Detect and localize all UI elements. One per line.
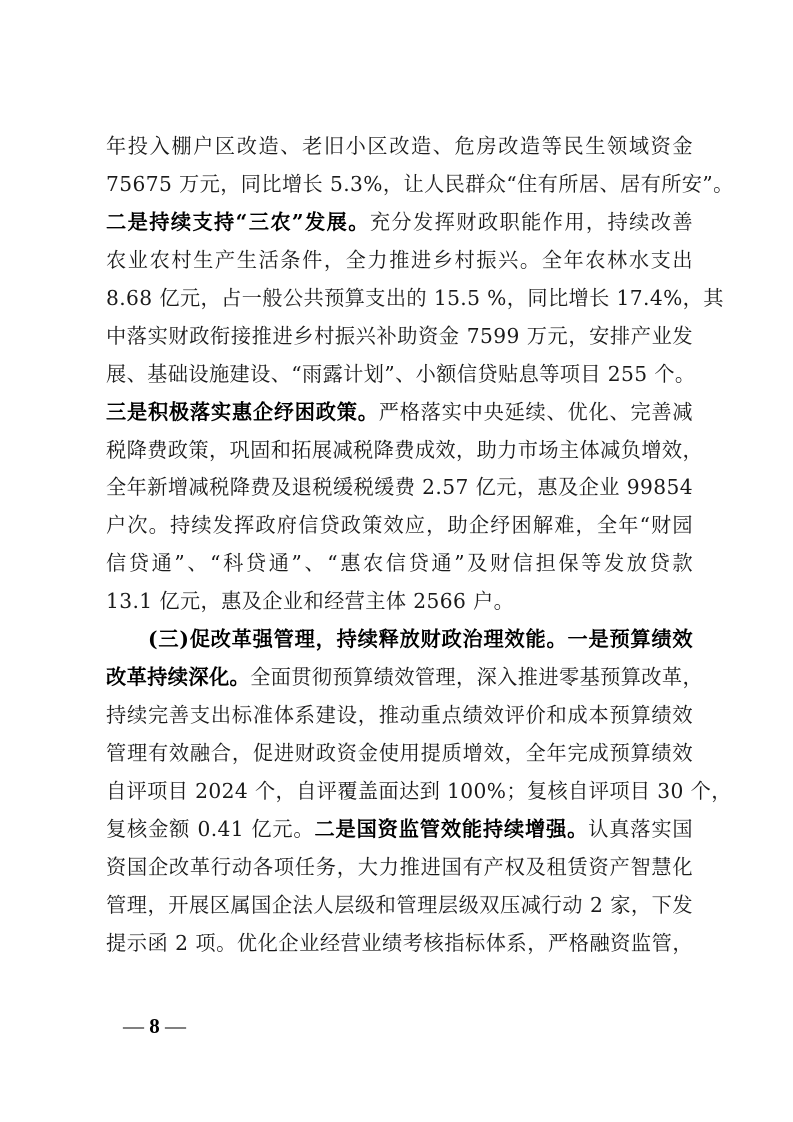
text-line: 税降费政策，巩固和拓展减税降费成效，助力市场主体减负增效，: [106, 432, 693, 470]
text-run: 认真落实国: [588, 817, 693, 841]
text-run: 13.1 亿元，惠及企业和经营主体 2566 户。: [106, 589, 514, 613]
text-run: 持续完善支出标准体系建设，推动重点绩效评价和成本预算绩效: [106, 703, 693, 727]
text-line: 8.68 亿元，占一般公共预算支出的 15.5 %，同比增长 17.4%，其: [106, 280, 693, 318]
text-run: 提示函 2 项。优化企业经营业绩考核指标体系，严格融资监管，: [106, 931, 693, 955]
page-number-footer: — 8 —: [123, 1014, 186, 1039]
document-body: 年投入棚户区改造、老旧小区改造、危房改造等民生领域资金 75675 万元，同比增…: [106, 128, 693, 963]
text-run: 严格落实中央延续、优化、完善减: [379, 400, 693, 424]
text-line: (三)促改革强管理，持续释放财政治理效能。一是预算绩效: [106, 621, 693, 659]
text-run: 充分发挥财政职能作用，持续改善: [370, 210, 693, 234]
section-heading-run: 改革持续深化。: [106, 665, 250, 689]
text-line: 信贷通”、“科贷通”、“惠农信贷通”及财信担保等发放贷款: [106, 545, 693, 583]
text-run: 资国企改革行动各项任务，大力推进国有产权及租赁资产智慧化: [106, 855, 693, 879]
section-heading-run: 三是积极落实惠企纾困政策。: [106, 400, 379, 424]
text-line: 中落实财政衔接推进乡村振兴补助资金 7599 万元，安排产业发: [106, 318, 693, 356]
section-heading-run: 二是国资监管效能持续增强。: [315, 817, 589, 841]
section-heading-run: (三)促改革强管理，持续释放财政治理效能。一是预算绩效: [148, 627, 693, 651]
text-run: 复核金额 0.41 亿元。: [106, 817, 315, 841]
text-line: 改革持续深化。全面贯彻预算绩效管理，深入推进零基预算改革，: [106, 659, 693, 697]
text-run: 信贷通”、“科贷通”、“惠农信贷通”及财信担保等发放贷款: [106, 551, 693, 575]
text-line: 全年新增减税降费及退税缓税缓费 2.57 亿元，惠及企业 99854: [106, 469, 693, 507]
text-line: 管理，开展区属国企法人层级和管理层级双压减行动 2 家，下发: [106, 887, 693, 925]
page-number: 8: [149, 1014, 160, 1038]
text-run: 全面贯彻预算绩效管理，深入推进零基预算改革，: [250, 665, 703, 689]
text-line: 资国企改革行动各项任务，大力推进国有产权及租赁资产智慧化: [106, 849, 693, 887]
text-line: 提示函 2 项。优化企业经营业绩考核指标体系，严格融资监管，: [106, 925, 693, 963]
dash-right: —: [165, 1014, 186, 1038]
text-run: 户次。持续发挥政府信贷政策效应，助企纾困解难，全年“财园: [106, 513, 693, 537]
text-line: 13.1 亿元，惠及企业和经营主体 2566 户。: [106, 583, 693, 621]
text-run: 全年新增减税降费及退税缓税缓费 2.57 亿元，惠及企业 99854: [106, 475, 693, 499]
text-line: 管理有效融合，促进财政资金使用提质增效，全年完成预算绩效: [106, 735, 693, 773]
text-run: 农业农村生产生活条件，全力推进乡村振兴。全年农林水支出: [106, 248, 693, 272]
text-run: 管理，开展区属国企法人层级和管理层级双压减行动 2 家，下发: [106, 893, 693, 917]
text-line: 75675 万元，同比增长 5.3%，让人民群众“住有所居、居有所安”。: [106, 166, 693, 204]
text-line: 持续完善支出标准体系建设，推动重点绩效评价和成本预算绩效: [106, 697, 693, 735]
section-heading-run: 二是持续支持“三农”发展。: [106, 210, 370, 234]
text-line: 年投入棚户区改造、老旧小区改造、危房改造等民生领域资金: [106, 128, 693, 166]
text-run: 管理有效融合，促进财政资金使用提质增效，全年完成预算绩效: [106, 741, 693, 765]
text-line: 户次。持续发挥政府信贷政策效应，助企纾困解难，全年“财园: [106, 507, 693, 545]
text-run: 8.68 亿元，占一般公共预算支出的 15.5 %，同比增长 17.4%，其: [106, 286, 724, 310]
text-line: 自评项目 2024 个，自评覆盖面达到 100%；复核自评项目 30 个，: [106, 773, 693, 811]
text-line: 三是积极落实惠企纾困政策。严格落实中央延续、优化、完善减: [106, 394, 693, 432]
text-run: 自评项目 2024 个，自评覆盖面达到 100%；复核自评项目 30 个，: [106, 779, 732, 803]
text-run: 展、基础设施建设、“雨露计划”、小额信贷贴息等项目 255 个。: [106, 362, 696, 386]
text-run: 中落实财政衔接推进乡村振兴补助资金 7599 万元，安排产业发: [106, 324, 693, 348]
dash-left: —: [123, 1014, 144, 1038]
text-run: 税降费政策，巩固和拓展减税降费成效，助力市场主体减负增效，: [106, 438, 703, 462]
text-run: 75675 万元，同比增长 5.3%，让人民群众“住有所居、居有所安”。: [106, 172, 734, 196]
text-line: 农业农村生产生活条件，全力推进乡村振兴。全年农林水支出: [106, 242, 693, 280]
text-line: 二是持续支持“三农”发展。充分发挥财政职能作用，持续改善: [106, 204, 693, 242]
text-line: 展、基础设施建设、“雨露计划”、小额信贷贴息等项目 255 个。: [106, 356, 693, 394]
text-line: 复核金额 0.41 亿元。二是国资监管效能持续增强。认真落实国: [106, 811, 693, 849]
text-run: 年投入棚户区改造、老旧小区改造、危房改造等民生领域资金: [106, 134, 693, 158]
